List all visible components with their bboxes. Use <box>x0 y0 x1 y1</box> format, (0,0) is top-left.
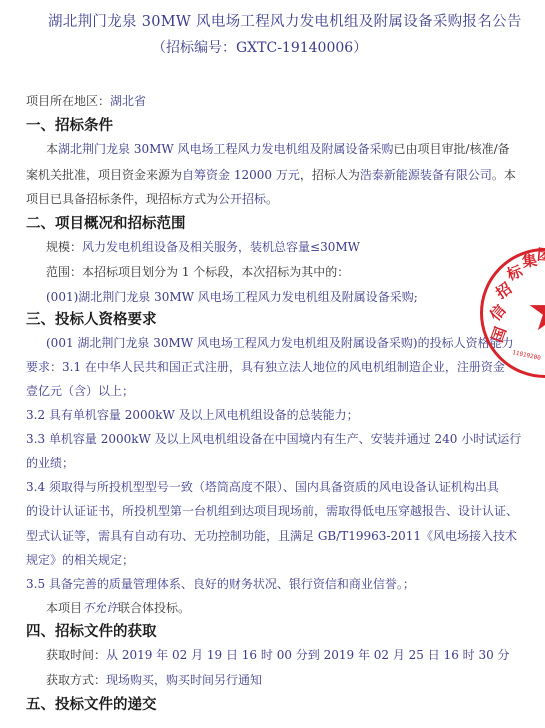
section-3-line-2: 要求：3.1 在中华人民共和国正式注册，具有独立法人地位的风电机组制造企业，注册… <box>26 358 505 375</box>
bid-number: （招标编号：GXTC-19140006） <box>152 37 367 57</box>
project-region: 项目所在地区：湖北省 <box>26 92 146 109</box>
section-heading-2: 二、项目概况和招标范围 <box>26 212 186 233</box>
section-3-line-6: 的业绩； <box>26 454 74 471</box>
section-3-line-12: 本项目不允许联合体投标。 <box>46 599 190 616</box>
seal-char-6: 团 <box>536 243 545 265</box>
section-heading-1: 一、招标条件 <box>26 114 113 135</box>
section-heading-5: 五、投标文件的递交 <box>26 693 157 714</box>
section-4-line-2: 获取方式：现场购买，购买时间另行通知 <box>46 671 262 688</box>
section-3-line-7: 3.4 须取得与所投机型型号一致（塔筒高度不限）、国内具备资质的风电设备认证机构… <box>26 478 499 495</box>
section-2-line-2: 范围：本招标项目划分为 1 个标段，本次招标为其中的： <box>46 263 349 280</box>
section-2-line-3: (001)湖北荆门龙泉 30MW 风电场工程风力发电机组及附属设备采购; <box>46 288 418 305</box>
section-3-line-4: 3.2 具有单机容量 2000kW 及以上风电机组设备的总装能力； <box>26 406 359 423</box>
seal-star-icon: ★ <box>526 284 545 340</box>
section-3-line-5: 3.3 单机容量 2000kW 及以上风电机组设备在中国境内有生产、安装并通过 … <box>26 430 521 447</box>
document-title: 湖北荆门龙泉 30MW 风电场工程风力发电机组及附属设备采购报名公告 <box>48 10 508 31</box>
announcement-document: 湖北荆门龙泉 30MW 风电场工程风力发电机组及附属设备采购报名公告 （招标编号… <box>0 0 545 728</box>
section-heading-3: 三、投标人资格要求 <box>26 308 157 329</box>
region-label: 项目所在地区： <box>26 94 110 108</box>
section-3-line-11: 3.5 具备完善的质量管理体系、良好的财务状况、银行资信和商业信誉。； <box>26 575 415 592</box>
section-4-line-1: 获取时间：从 2019 年 02 月 19 日 16 时 00 分到 2019 … <box>46 646 510 663</box>
section-3-line-10: 规定》的相关规定； <box>26 551 134 568</box>
section-2-line-1: 规模：风力发电机组设备及相关服务，装机总容量≤30MW <box>46 238 360 255</box>
section-3-line-9: 型式认证等，需具有自动有功、无功控制功能，且满足 GB/T19963-2011《… <box>26 527 517 544</box>
section-1-line-3: 项目已具备招标条件，现招标方式为公开招标。 <box>26 190 278 207</box>
section-heading-4: 四、招标文件的获取 <box>26 620 157 641</box>
section-3-line-3: 壹亿元（含）以上； <box>26 382 134 399</box>
section-3-line-1: (001 湖北荆门龙泉 30MW 风电场工程风力发电机组及附属设备采购)的投标人… <box>46 334 514 351</box>
section-1-line-1: 本湖北荆门龙泉 30MW 风电场工程风力发电机组及附属设备采购已由项目审批/核准… <box>46 140 510 157</box>
section-1-line-2: 案机关批准，项目资金来源为自筹资金 12000 万元，招标人为浩泰新能源装备有限… <box>26 166 516 183</box>
section-3-line-8: 的设计认证证书，所投机型第一台机组到达项目现场前，需取得低电压穿越报告、设计认证… <box>26 502 518 519</box>
region-value: 湖北省 <box>110 94 146 108</box>
